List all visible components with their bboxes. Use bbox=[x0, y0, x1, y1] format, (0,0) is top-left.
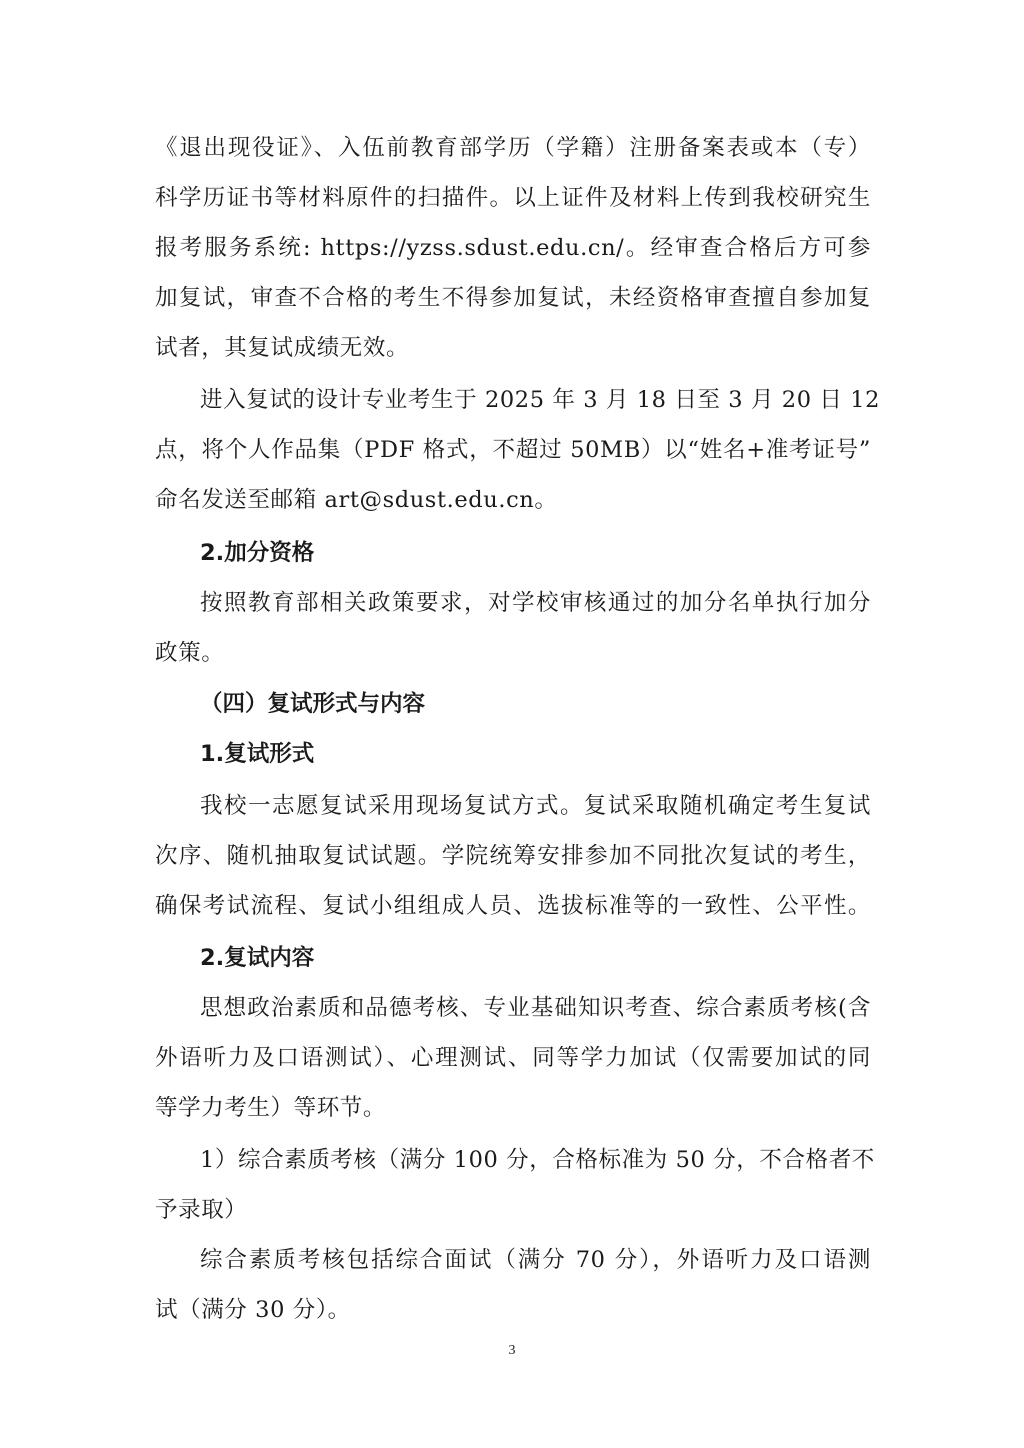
text-line: 进入复试的设计专业考生于 2025 年 3 月 18 日至 3 月 20 日 1… bbox=[155, 385, 871, 415]
text-line: 加复试，审查不合格的考生不得参加复试，未经资格审查擅自参加复 bbox=[155, 283, 871, 313]
text-line: 思想政治素质和品德考核、专业基础知识考查、综合素质考核(含 bbox=[155, 993, 871, 1023]
text-line: 综合素质考核包括综合面试（满分 70 分），外语听力及口语测 bbox=[155, 1245, 871, 1275]
section-heading: 2.加分资格 bbox=[155, 538, 871, 568]
text-line: 按照教育部相关政策要求，对学校审核通过的加分名单执行加分 bbox=[155, 588, 871, 618]
text-line: 确保考试流程、复试小组组成人员、选拔标准等的一致性、公平性。 bbox=[155, 891, 871, 921]
text-line: 科学历证书等材料原件的扫描件。以上证件及材料上传到我校研究生 bbox=[155, 183, 871, 213]
section-heading: （四）复试形式与内容 bbox=[155, 689, 871, 719]
text-line: 外语听力及口语测试）、心理测试、同等学力加试（仅需要加试的同 bbox=[155, 1043, 871, 1073]
text-line: 点，将个人作品集（PDF 格式，不超过 50MB）以“姓名+准考证号” bbox=[155, 435, 871, 465]
text-line: 1）综合素质考核（满分 100 分，合格标准为 50 分，不合格者不 bbox=[155, 1145, 871, 1175]
text-line: 试者，其复试成绩无效。 bbox=[155, 333, 871, 363]
text-line: 予录取） bbox=[155, 1195, 871, 1225]
page-number: 3 bbox=[0, 1343, 1024, 1359]
text-line: 我校一志愿复试采用现场复试方式。复试采取随机确定考生复试 bbox=[155, 791, 871, 821]
text-line: 次序、随机抽取复试试题。学院统筹安排参加不同批次复试的考生， bbox=[155, 841, 871, 871]
text-line: 政策。 bbox=[155, 638, 871, 668]
text-line: 等学力考生）等环节。 bbox=[155, 1093, 871, 1123]
section-heading: 1.复试形式 bbox=[155, 739, 871, 769]
section-heading: 2.复试内容 bbox=[155, 943, 871, 973]
text-line: 报考服务系统: https://yzss.sdust.edu.cn/。经审查合格… bbox=[155, 233, 871, 263]
text-line: 《退出现役证》、入伍前教育部学历（学籍）注册备案表或本（专） bbox=[155, 133, 871, 163]
text-line: 试（满分 30 分）。 bbox=[155, 1295, 871, 1325]
text-line: 命名发送至邮箱 art@sdust.edu.cn。 bbox=[155, 485, 871, 515]
